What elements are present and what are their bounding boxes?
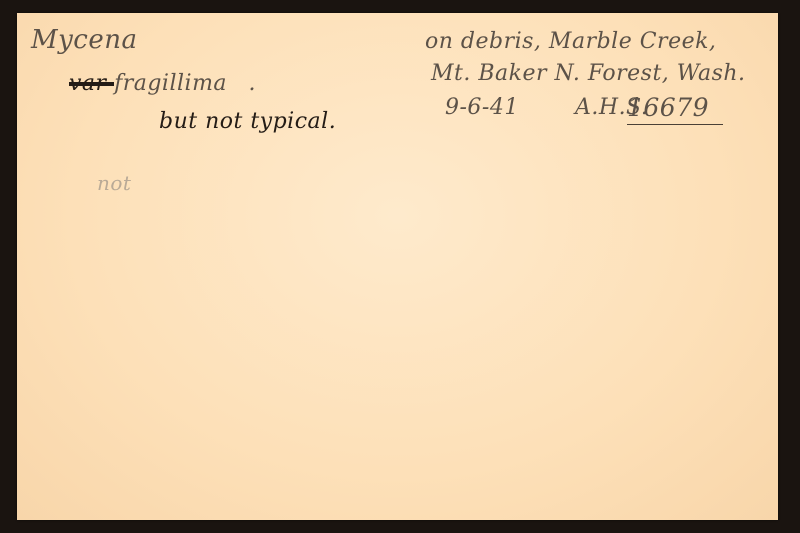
locality-line-2: Mt. Baker N. Forest, Wash. <box>431 61 746 86</box>
species-dot: . <box>249 71 257 96</box>
species-line: var fragillima . <box>69 71 256 96</box>
species-name: fragillima <box>114 71 227 96</box>
note-not-typical: but not typical. <box>159 109 336 134</box>
collection-date: 9-6-41 <box>445 95 519 120</box>
herbarium-card: Mycena var fragillima . but not typical.… <box>17 13 778 520</box>
genus-name: Mycena <box>31 25 138 55</box>
faint-pencil-note: not <box>97 171 131 195</box>
struck-text: var <box>69 71 114 96</box>
strike-through <box>69 82 114 86</box>
collection-number: 16679 <box>627 93 723 125</box>
locality-line-1: on debris, Marble Creek, <box>425 29 716 54</box>
